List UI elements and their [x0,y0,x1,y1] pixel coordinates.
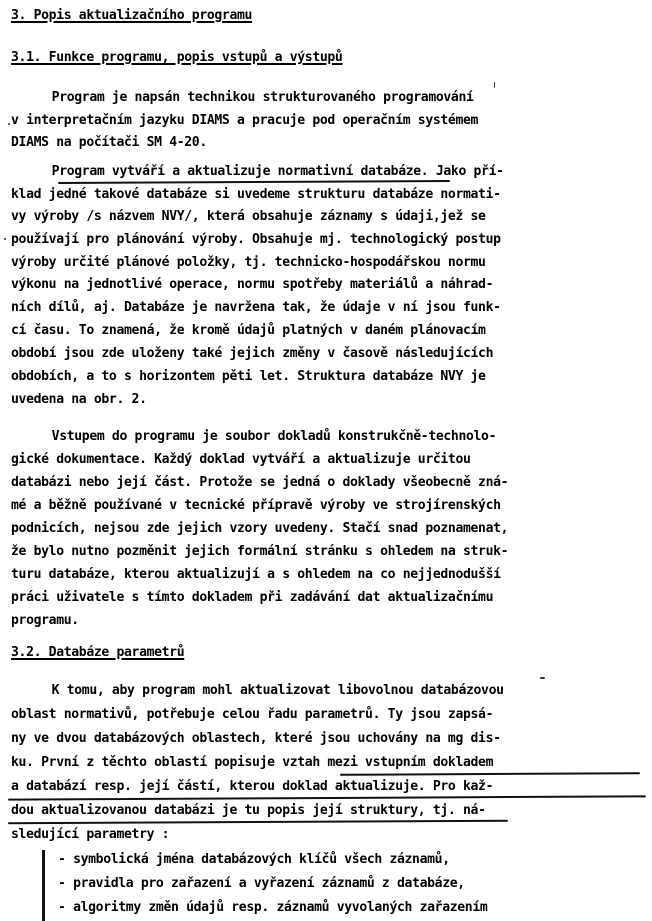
text-line: dou aktualizovanou databázi je tu popis … [11,803,486,819]
text-line: ních dílů, aj. Databáze je navržena tak,… [11,300,501,316]
text-line: Program je napsán technikou strukturovan… [14,90,474,106]
text-line: turu databáze, kterou aktualizují a s oh… [11,567,501,583]
text-line: ku. První z těchto oblastí popisuje vzta… [11,755,493,771]
handwritten-underline [340,772,640,776]
text-line: obdobích, a to s horizontem pěti let. St… [11,369,486,385]
text-line: sledující parametry : [11,827,169,843]
text-line: v interpretačním jazyku DIAMS a pracuje … [11,113,478,129]
text-line: práci uživatele s tímto dokladem při zad… [11,590,493,606]
subsection-heading-3-1: 3.1. Funkce programu, popis vstupů a výs… [11,50,342,66]
scan-speck [8,123,10,125]
text-line: používají pro plánování výroby. Obsahuje… [11,232,501,248]
handwritten-underline [8,820,508,825]
text-line: oblast normativů, potřebuje celou řadu p… [11,707,493,723]
text-line: mé a běžně používané v tecnické přípravě… [11,498,501,514]
text-line: výkonu na jednotlivé operace, normu spot… [11,277,493,293]
list-item: - pravidla pro zařazení a vyřazení zázna… [58,876,465,892]
subsection-heading-3-2: 3.2. Databáze parametrů [11,645,184,661]
text-line: Program vytváří a aktualizuje normativní… [14,164,504,180]
text-line: Vstupem do programu je soubor dokladů ko… [14,429,496,445]
handwritten-margin-bracket [42,850,45,921]
text-line: ny ve dvou databázových oblastech, které… [11,731,501,747]
text-line: K tomu, aby program mohl aktualizovat li… [14,683,504,699]
text-line: výroby určité plánové položky, tj. techn… [11,255,486,271]
scan-speck [540,677,545,679]
section-heading: 3. Popis aktualizačního programu [11,8,252,24]
text-line: období jsou zde uloženy také jejich změn… [11,346,493,362]
text-line: klad jedné takové databáze si uvedeme st… [11,187,501,203]
text-line: vy výroby /s názvem NVY/, která obsahuje… [11,209,486,225]
text-line: DIAMS na počítači SM 4-20. [11,135,207,151]
text-line: že bylo nutno pozměnit jejich formální s… [11,544,508,560]
list-item: - algoritmy změn údajů resp. záznamů vyv… [58,900,487,916]
text-line: gické dokumentace. Každý doklad vytváří … [11,452,471,468]
list-item: - symbolická jména databázových klíčů vš… [58,852,450,868]
text-line: programu. [11,613,79,629]
text-line: uvedena na obr. 2. [11,392,147,408]
text-line: cí času. To znamená, že kromě údajů plat… [11,323,486,339]
typewritten-page: 3. Popis aktualizačního programu 3.1. Fu… [0,0,652,921]
text-line: databázi nebo její část. Protože se jedn… [11,475,508,491]
handwritten-underline [8,795,646,800]
scan-speck [494,82,495,88]
text-line: a databází resp. její částí, kterou dokl… [11,779,493,795]
scan-speck [4,238,6,240]
handwritten-underline [58,180,450,184]
text-line: podnicích, nejsou zde jejich vzory uvede… [11,521,508,537]
